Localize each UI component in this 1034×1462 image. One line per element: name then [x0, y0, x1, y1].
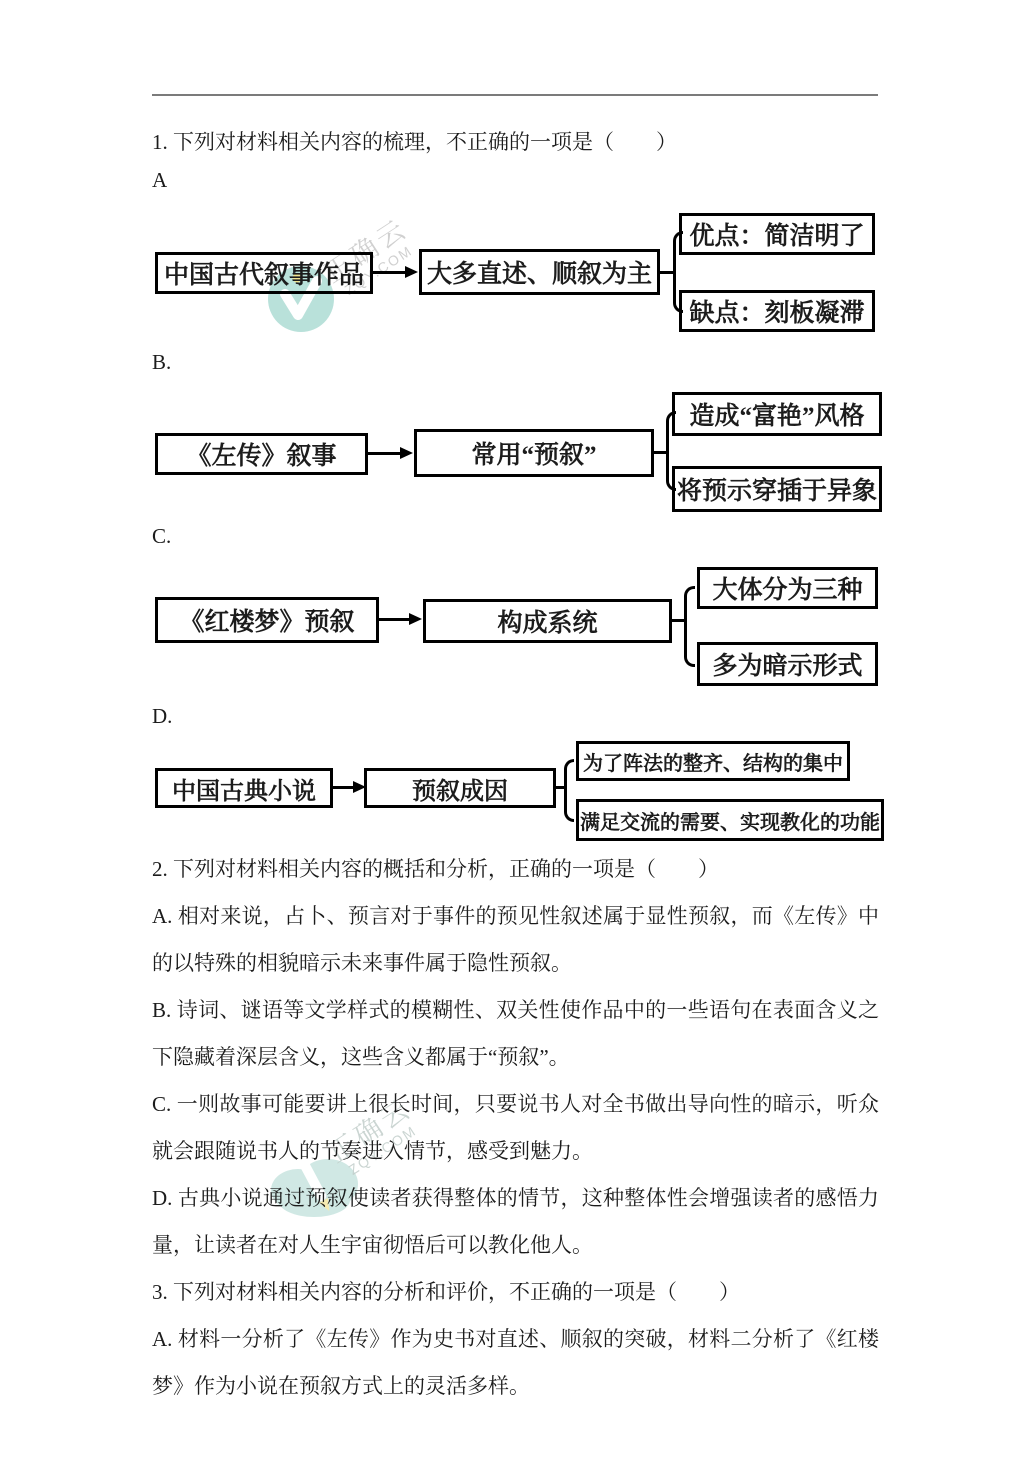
flowchart-b-arrow-head — [400, 447, 413, 459]
flowchart-b-arrow-shaft — [368, 452, 402, 455]
flowchart-a-arrow-head — [405, 266, 418, 278]
flowchart-b-top-node: 造成“富艳”风格 — [672, 392, 882, 436]
flowchart-c-bottom-node: 多为暗示形式 — [697, 642, 878, 686]
flowchart-a-left-node: 中国古代叙事作品 — [155, 252, 373, 294]
question-3-option-a: A. 材料一分析了《左传》作为史书对直述、顺叙的突破，材料二分析了《红楼梦》作为… — [152, 1316, 879, 1410]
option-label-b: B. — [152, 350, 171, 375]
flowchart-b-mid-node: 常用“预叙” — [414, 429, 654, 477]
option-label-c: C. — [152, 524, 171, 549]
option-label-d: D. — [152, 704, 172, 729]
flowchart-c-arrow-shaft — [379, 618, 411, 621]
flowchart-a-arrow-shaft — [373, 271, 407, 274]
flowchart-c-top-node: 大体分为三种 — [697, 567, 878, 609]
flowchart-d-arrow-shaft — [333, 786, 355, 789]
option-label-a: A — [152, 168, 167, 193]
question-1-heading: 1. 下列对材料相关内容的梳理，不正确的一项是（ ） — [152, 126, 677, 156]
flowchart-c-mid-node: 构成系统 — [423, 599, 672, 643]
top-divider-line — [152, 94, 878, 96]
flowchart-d-top-node: 为了阵法的整齐、结构的集中 — [576, 741, 850, 781]
flowchart-d-bracket — [564, 759, 574, 822]
question-2-heading: 2. 下列对材料相关内容的概括和分析，正确的一项是（ ） — [152, 846, 879, 893]
flowchart-a-top-node: 优点：简洁明了 — [679, 213, 875, 255]
flowchart-a-bottom-node: 缺点：刻板凝滞 — [679, 290, 875, 332]
question-3-heading: 3. 下列对材料相关内容的分析和评价，不正确的一项是（ ） — [152, 1269, 879, 1316]
flowchart-a-mid-node: 大多直述、顺叙为主 — [419, 249, 660, 295]
exam-document-page: 正确云 ZQY.COM 正确云 ZQY.COM 1. 下列对材料相关内容的梳理，… — [0, 0, 1034, 1462]
flowchart-d-left-node: 中国古典小说 — [155, 768, 333, 808]
question-2-option-d: D. 古典小说通过预叙使读者获得整体的情节，这种整体性会增强读者的感悟力量，让读… — [152, 1175, 879, 1269]
question-2-option-a: A. 相对来说，占卜、预言对于事件的预见性叙述属于显性预叙，而《左传》中的以特殊… — [152, 893, 879, 987]
flowchart-c-bracket — [684, 586, 695, 667]
questions-text-block: 2. 下列对材料相关内容的概括和分析，正确的一项是（ ） A. 相对来说，占卜、… — [152, 846, 879, 1410]
flowchart-d-mid-node: 预叙成因 — [364, 768, 556, 808]
flowchart-b-bottom-node: 将预示穿插于异象 — [672, 466, 882, 512]
question-2-option-c: C. 一则故事可能要讲上很长时间，只要说书人对全书做出导向性的暗示，听众就会跟随… — [152, 1081, 879, 1175]
flowchart-d-bottom-node: 满足交流的需要、实现教化的功能 — [576, 799, 884, 841]
question-2-option-b: B. 诗词、谜语等文学样式的模糊性、双关性使作品中的一些语句在表面含义之下隐藏着… — [152, 987, 879, 1081]
flowchart-c-left-node: 《红楼梦》预叙 — [155, 597, 379, 643]
flowchart-c-arrow-head — [409, 613, 422, 625]
flowchart-b-left-node: 《左传》叙事 — [155, 433, 368, 475]
